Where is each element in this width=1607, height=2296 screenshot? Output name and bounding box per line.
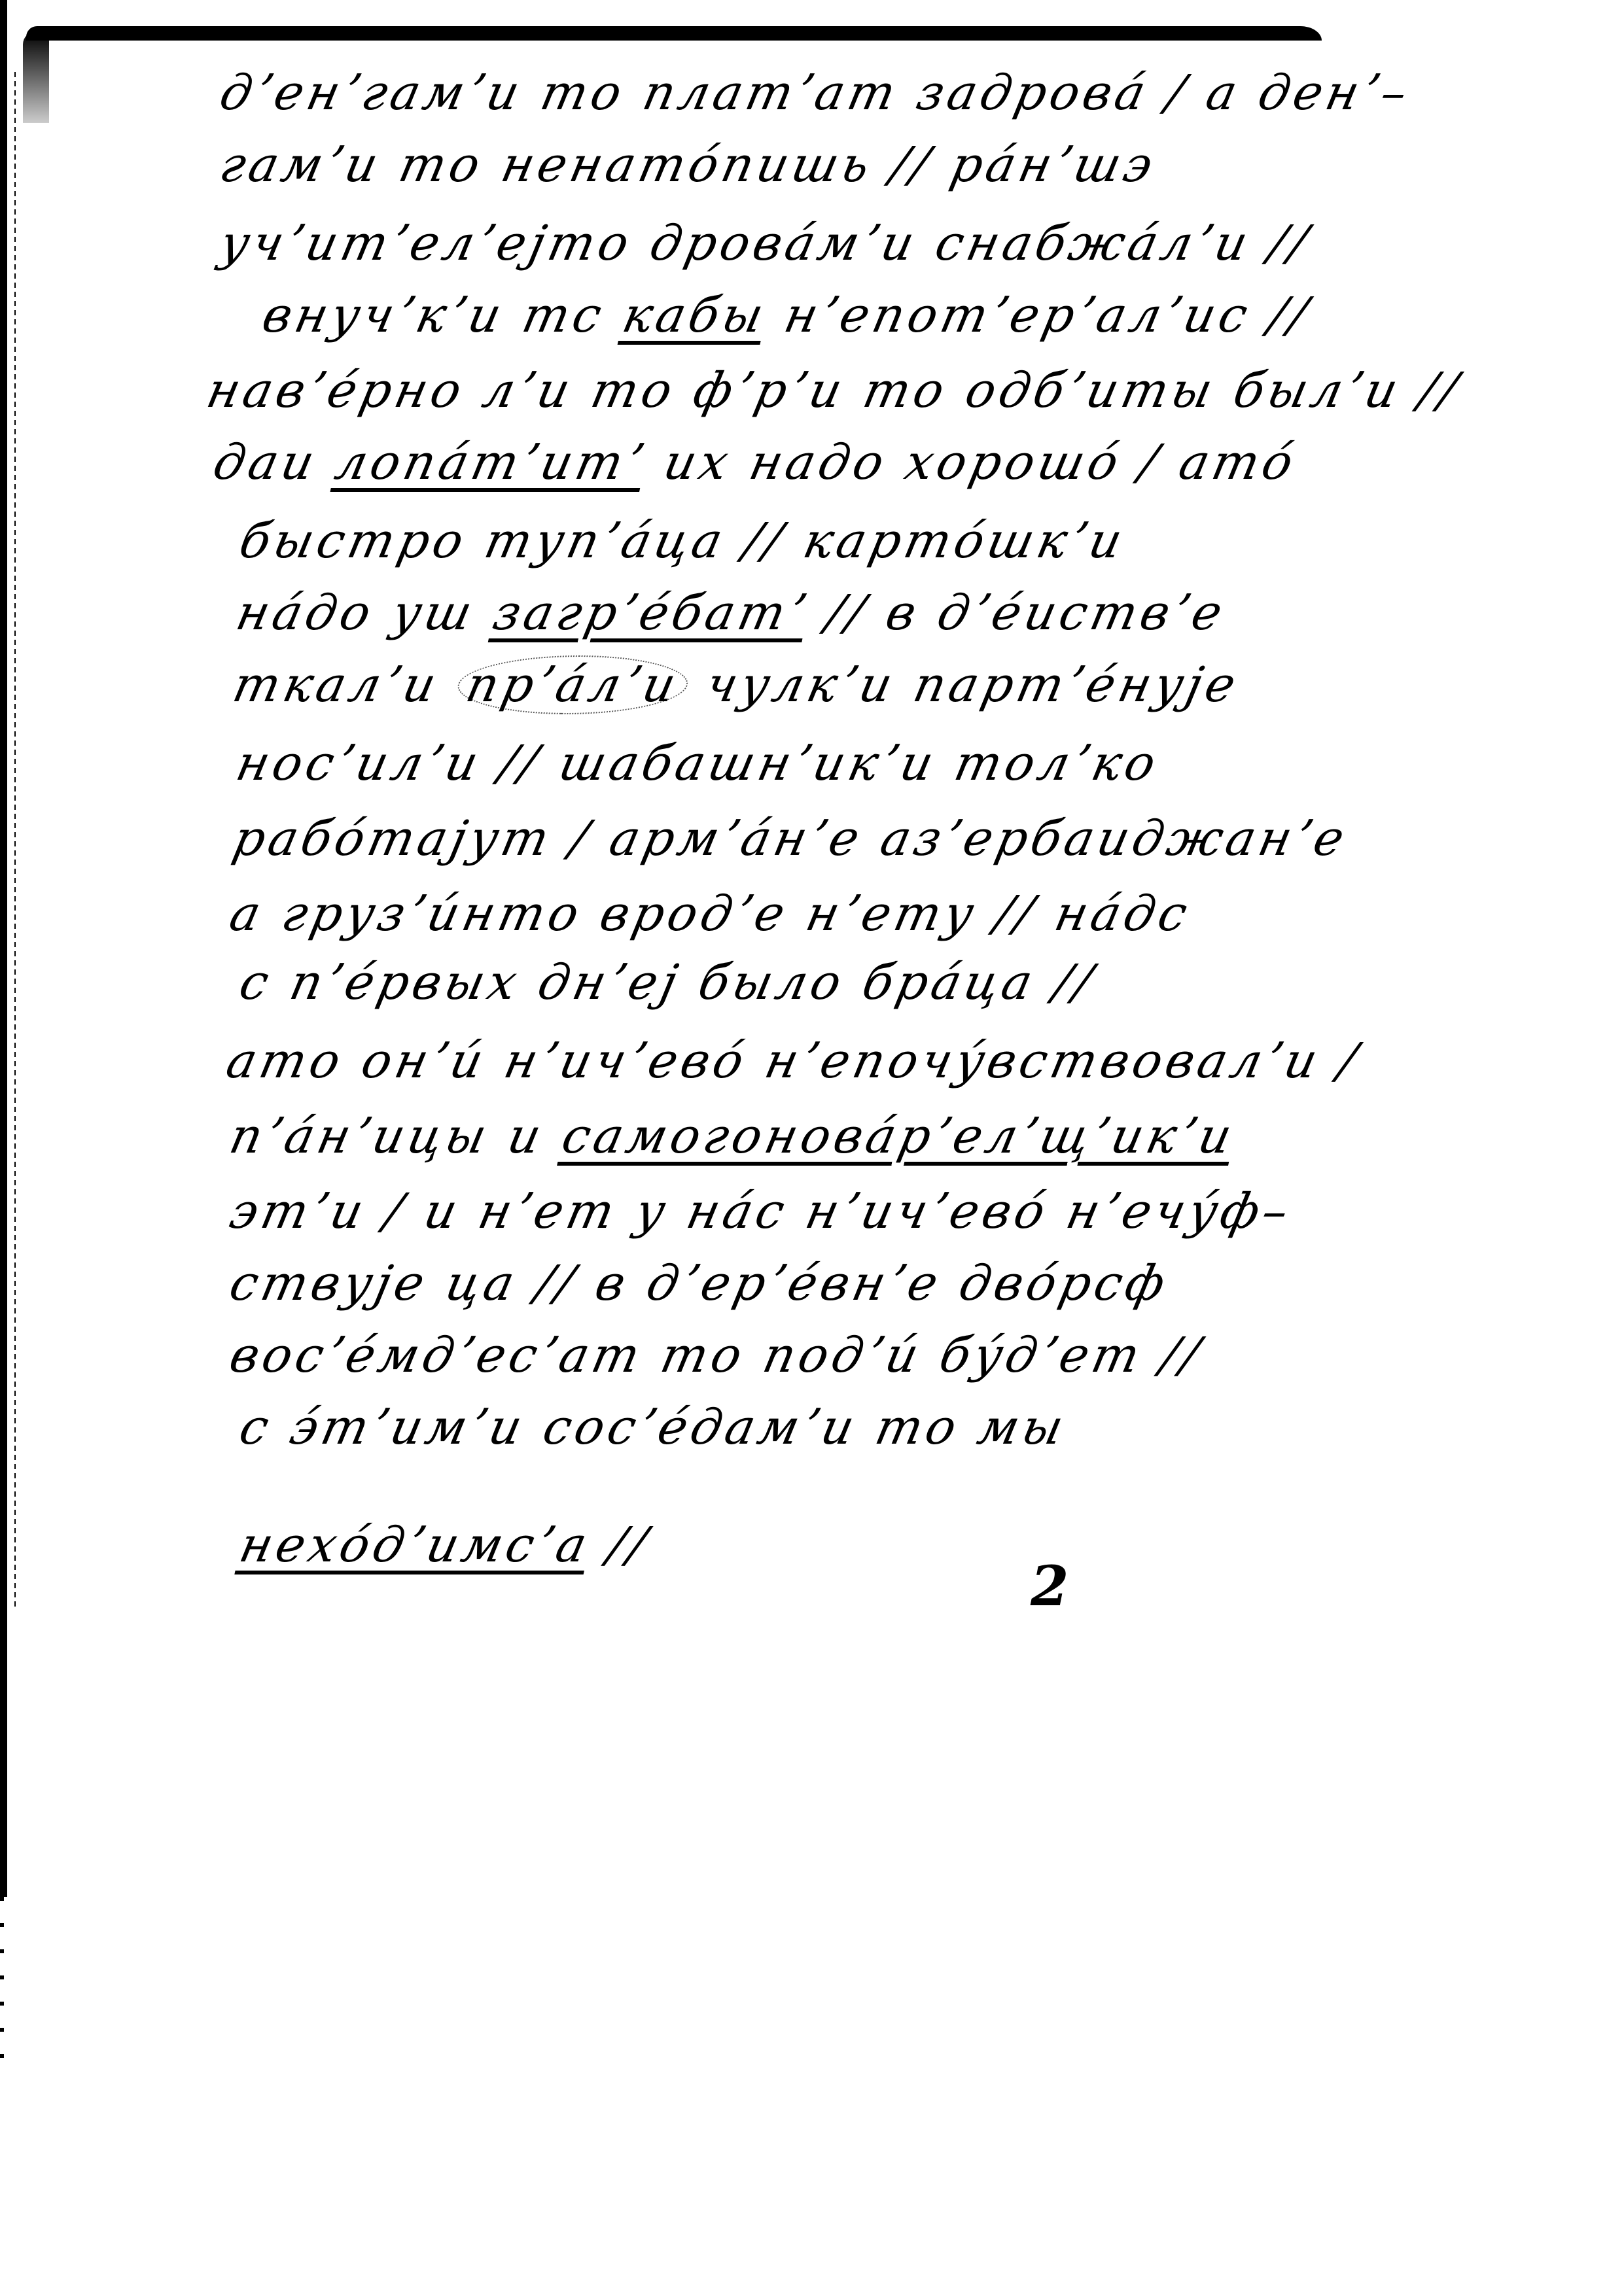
text-line: восʼе́мдʼесʼат то подʼи́ бу́дʼет // [226,1331,1207,1380]
text-line: с пʼе́рвых днʼеј было бра́ца // [236,958,1100,1007]
text-segment: восʼе́мдʼесʼат то подʼи́ бу́дʼет // [225,1327,1209,1383]
text-segment: навʼе́рно лʼи то фʼрʼи то одбʼиты былʼи … [202,362,1466,419]
text-segment: пʼа́нʼицы и [225,1108,569,1164]
text-line: учʼитʼелʼејто дрова́мʼи снабжа́лʼи // [216,219,1315,268]
underlined-word: самогонова́рʼелʼщʼикʼи [557,1108,1241,1164]
underlined-word: нехо́дʼимсʼа [235,1517,596,1573]
text-line: ткалʼи прʼа́лʼи чулкʼи партʼе́нује [229,661,1244,709]
text-segment: рабо́тајут / армʼа́нʼе азʼербаиджанʼе [228,810,1353,867]
underlined-word: лопа́тʼитʼ [330,434,652,491]
page-margin-line [14,72,16,1609]
text-segment: ствуje ца // в дʼерʼе́внʼе дво́рсф [225,1255,1174,1312]
text-segment: с э́тʼимʼи сосʼе́дамʼи то мы [235,1399,1072,1455]
text-segment: учʼитʼелʼејто дрова́мʼи снабжа́лʼи // [215,215,1316,271]
text-line: ствуje ца // в дʼерʼе́внʼе дво́рсф [226,1259,1173,1308]
corner-smudge [23,31,49,123]
text-segment: ткалʼи [228,657,465,713]
text-segment: // [584,1517,656,1573]
text-line: этʼи / и нʼет у на́с нʼичʼево́ нʼечу́ф– [226,1187,1296,1236]
text-line: на́до уш загрʼе́батʼ // в дʼе́иствʼе [232,589,1230,637]
scan-edge-left-fade [0,1897,4,2061]
scanned-page: дʼенʼгамʼи то платʼат задрова́ / а денʼ–… [0,0,1607,2296]
text-line: рабо́тајут / армʼа́нʼе азʼербаиджанʼе [229,814,1352,863]
text-segment: этʼи / и нʼет у на́с нʼичʼево́ нʼечу́ф– [225,1183,1298,1240]
text-line: гамʼи то ненато́пишь // ра́нʼшэ [216,141,1161,189]
text-segment: их надо хорошо́ / ато́ [639,434,1301,491]
text-line: внучʼкʼи тс кабы нʼепотʼерʼалʼис // [258,291,1315,339]
text-segment: с пʼе́рвых днʼеј было бра́ца // [235,954,1101,1011]
scan-edge-top [26,26,1322,41]
text-segment: а грузʼи́нто вродʼе нʼету // на́дс [225,886,1196,942]
text-line: ато онʼи́ нʼичʼево́ нʼепочу́вствовалʼи / [222,1037,1365,1085]
text-line: с э́тʼимʼи сосʼе́дамʼи то мы [236,1403,1071,1452]
text-line: навʼе́рно лʼи то фʼрʼи то одбʼиты былʼи … [203,366,1466,415]
text-segment: быстро тупʼа́ца // карто́шкʼи [235,513,1131,569]
scan-edge-left [0,0,7,1897]
text-segment: гамʼи то ненато́пишь // ра́нʼшэ [215,137,1161,193]
text-segment: внучʼкʼи тс [258,287,630,343]
underlined-word: загрʼе́батʼ [488,585,814,641]
text-line: а грузʼи́нто вродʼе нʼету // на́дс [226,890,1195,938]
page-number: 2 [1031,1554,1068,1618]
text-line: быстро тупʼа́ца // карто́шкʼи [236,517,1130,565]
text-line: носʼилʼи // шабашнʼикʼи толʼко [232,739,1163,788]
text-segment: // в дʼе́иствʼе [802,585,1231,641]
underlined-word: кабы [618,287,772,343]
text-line: даи лопа́тʼитʼ их надо хорошо́ / ато́ [209,438,1301,487]
text-segment: ато онʼи́ нʼичʼево́ нʼепочу́вствовалʼи / [222,1033,1366,1089]
text-segment: на́до уш [232,585,501,641]
text-line: нехо́дʼимсʼа // [236,1521,654,1569]
text-segment: дʼенʼгамʼи то платʼат задрова́ / а денʼ– [215,65,1416,121]
circled-word: прʼа́лʼи [452,655,694,714]
text-line: пʼа́нʼицы и самогонова́рʼелʼщʼикʼи [226,1112,1239,1160]
text-segment: даи [209,434,342,491]
text-segment: чулкʼи партʼе́нује [682,657,1245,713]
text-segment: носʼилʼи // шабашнʼикʼи толʼко [232,735,1165,791]
text-line: дʼенʼгамʼи то платʼат задрова́ / а денʼ– [216,69,1415,117]
text-segment: нʼепотʼерʼалʼис // [760,287,1316,343]
